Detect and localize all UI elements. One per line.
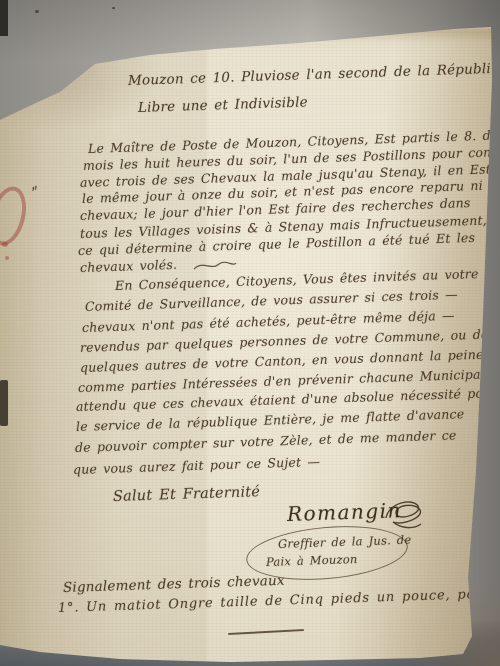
dateline: Mouzon ce 10. Pluviose l'an second de la… <box>128 61 500 89</box>
closing-salutation: Salut Et Fraternité <box>113 484 261 506</box>
postscript-heading: Signalement des trois chevaux <box>63 574 285 597</box>
seal-fleck <box>5 256 9 260</box>
signature-knot-flourish <box>383 496 425 532</box>
frame-edge-sliver <box>0 0 8 36</box>
paper-gap-shadow <box>0 380 8 426</box>
body-line: chevaux volés. <box>80 258 178 276</box>
margin-mark: ” <box>30 184 43 202</box>
body-line: que vous aurez fait pour ce Sujet — <box>73 455 321 478</box>
postscript-underline <box>228 629 304 635</box>
dust-speck <box>35 10 39 13</box>
seal-fleck <box>2 242 8 247</box>
motto-line: Libre une et Indivisible <box>138 95 308 116</box>
dust-speck <box>112 7 115 9</box>
pen-squiggle <box>192 258 238 272</box>
photo-of-letter: Mouzon ce 10. Pluviose l'an second de la… <box>0 0 500 666</box>
letter-paper: Mouzon ce 10. Pluviose l'an second de la… <box>0 0 500 666</box>
wax-seal-remnant <box>0 183 32 249</box>
